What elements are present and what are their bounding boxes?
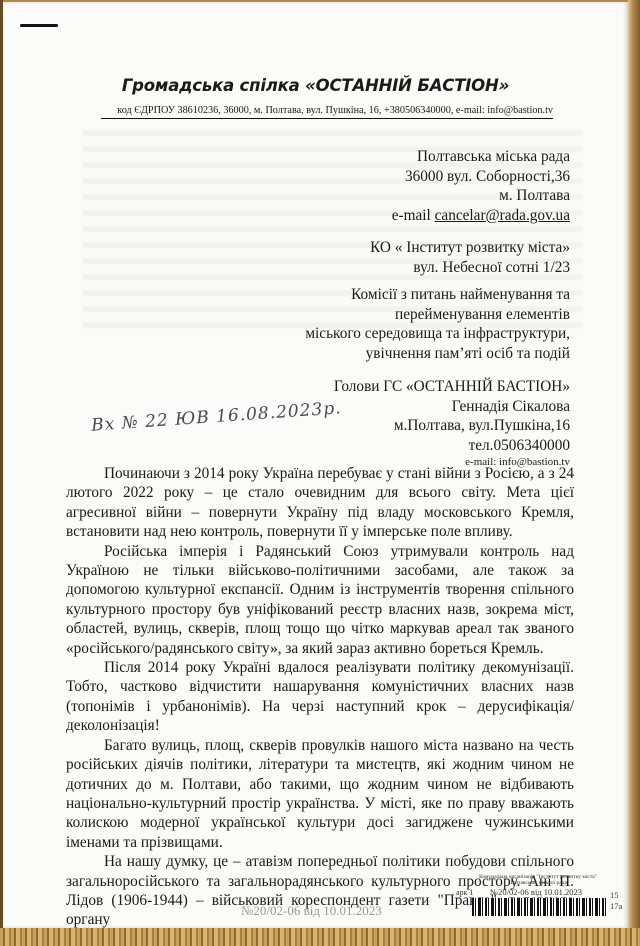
sender-line: Геннадія Сікалова	[334, 397, 570, 417]
registration-number-imprint: №20/02-06 від 10.01.2023	[241, 903, 382, 919]
sender-block: Голови ГС «ОСТАННІЙ БАСТІОН» Геннадія Сі…	[334, 377, 570, 469]
recipient-line: перейменування елементів	[305, 305, 570, 325]
recipient-line: вул. Небесної сотні 1/23	[370, 258, 570, 278]
recipient-commission: Комісії з питань найменування та перейме…	[305, 285, 570, 363]
stamp-sheet: арк 1	[456, 888, 473, 897]
handwritten-registration-note: Вх № 22 ЮВ 16.08.2023р.	[91, 398, 343, 435]
letter-body: Починаючи з 2014 року Україна перебуває …	[66, 464, 574, 930]
letterhead-details: код ЄДРПОУ 38610236, 36000, м. Полтава, …	[101, 105, 553, 119]
body-paragraph: Російська імперія і Радянський Союз утри…	[66, 542, 574, 658]
letterhead-title: Громадська спілка «ОСТАННІЙ БАСТІОН»	[3, 76, 628, 95]
recipient-line: м. Полтава	[392, 186, 570, 206]
body-paragraph: Починаючи з 2014 року Україна перебуває …	[66, 464, 574, 542]
stamp-number: №20/02-06 від 10.01.2023	[490, 887, 582, 897]
recipient-line: увічнення пам’яті осіб та подій	[305, 344, 570, 364]
registration-stamp: Комунальна організація "Інститут розвитк…	[460, 874, 630, 924]
recipient-line: 36000 вул. Соборності,36	[392, 167, 570, 187]
body-paragraph: Після 2014 року Україні вдалося реалізув…	[66, 658, 574, 736]
sender-line: тел.0506340000	[334, 436, 570, 456]
stamp-organization: Комунальна організація "Інститут розвитк…	[478, 874, 598, 886]
desk-surface-bottom	[0, 928, 640, 946]
sender-line: м.Полтава, вул.Пушкіна,16	[334, 416, 570, 436]
recipient-institute: КО « Інститут розвитку міста» вул. Небес…	[370, 238, 570, 277]
sender-line: Голови ГС «ОСТАННІЙ БАСТІОН»	[334, 377, 570, 397]
recipient-line: Комісії з питань найменування та	[305, 285, 570, 305]
recipient-line: КО « Інститут розвитку міста»	[370, 238, 570, 258]
email-link[interactable]: cancelar@rada.gov.ua	[435, 207, 570, 224]
stamp-count: 15 17а	[610, 890, 622, 912]
barcode-icon	[472, 898, 607, 916]
document-page: Громадська спілка «ОСТАННІЙ БАСТІОН» код…	[3, 2, 628, 928]
recipient-city-council: Полтавська міська рада 36000 вул. Соборн…	[392, 147, 570, 225]
recipient-line: міського середовища та інфраструктури,	[305, 324, 570, 344]
desk-surface-right	[628, 0, 640, 946]
recipient-line: Полтавська міська рада	[392, 147, 570, 167]
body-paragraph: Багато вулиць, площ, скверів провулків н…	[66, 736, 574, 852]
recipient-email: e-mail cancelar@rada.gov.ua	[392, 206, 570, 226]
pen-mark	[20, 24, 58, 27]
